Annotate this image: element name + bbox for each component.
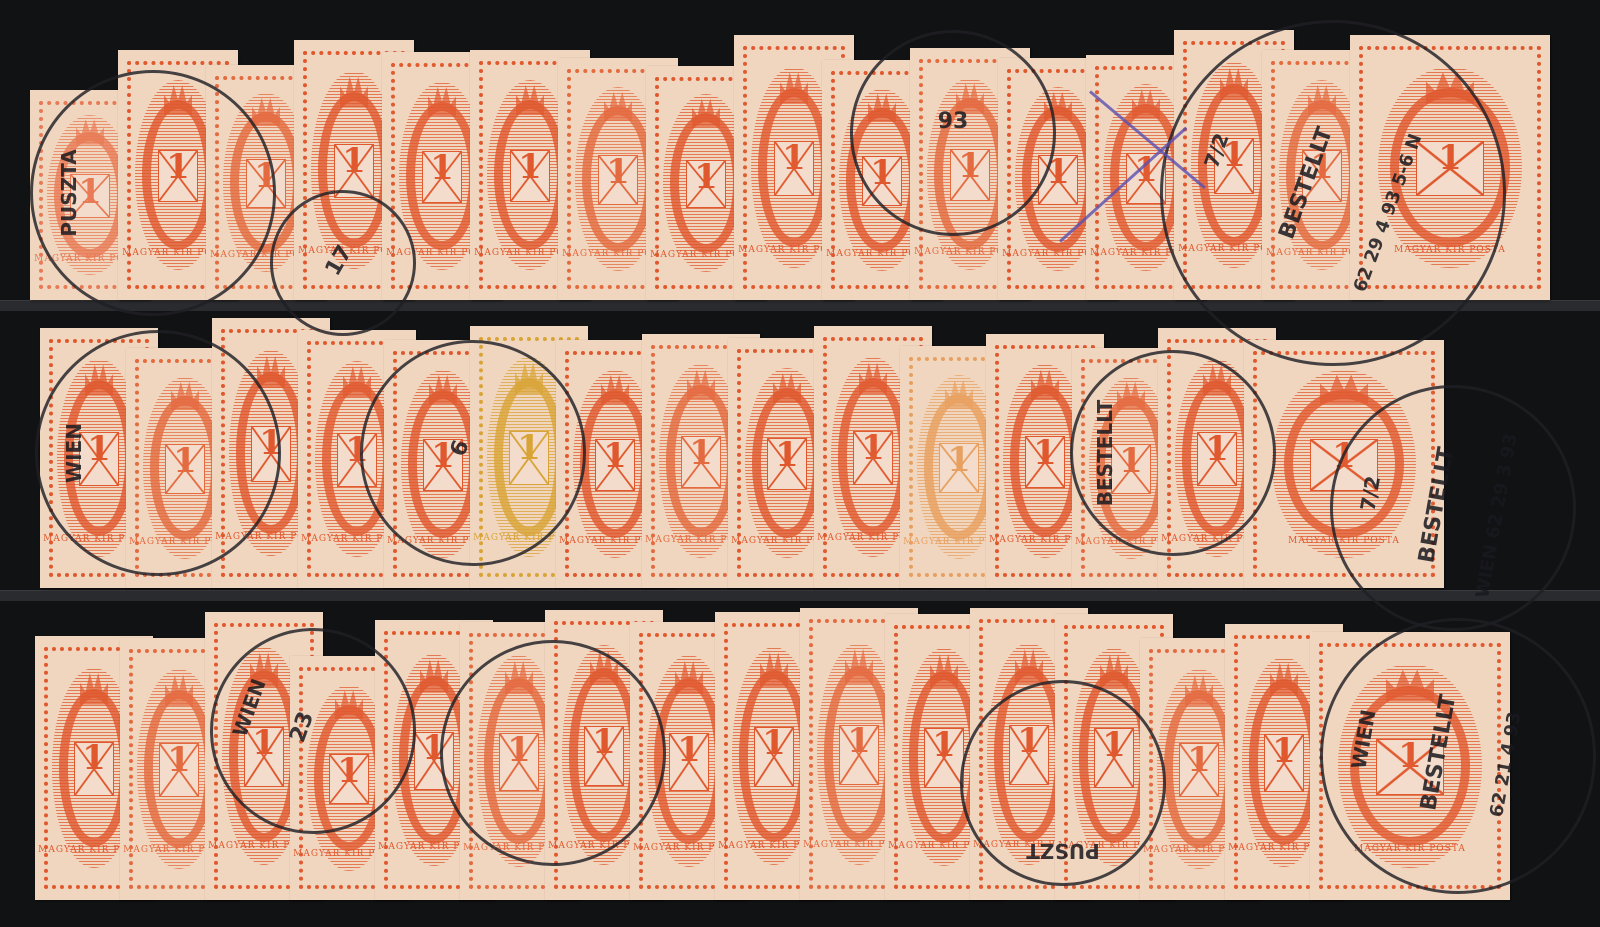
stamp-value: 1 [1350,136,1550,180]
stamp: 1MAGYAR KIR POSTA [1350,35,1550,300]
stamp-legend: MAGYAR KIR POSTA [1244,536,1444,546]
stockcard-strip [0,590,1600,601]
stamp: 1MAGYAR KIR POSTA [1310,632,1510,900]
stamp: 1MAGYAR KIR POSTA [1244,340,1444,588]
stamp-legend: MAGYAR KIR POSTA [1350,245,1550,255]
stockcard-strip [0,300,1600,311]
stamp-legend: MAGYAR KIR POSTA [1310,844,1510,854]
stamp-value: 1 [1310,734,1510,778]
stamp-value: 1 [1244,434,1444,478]
